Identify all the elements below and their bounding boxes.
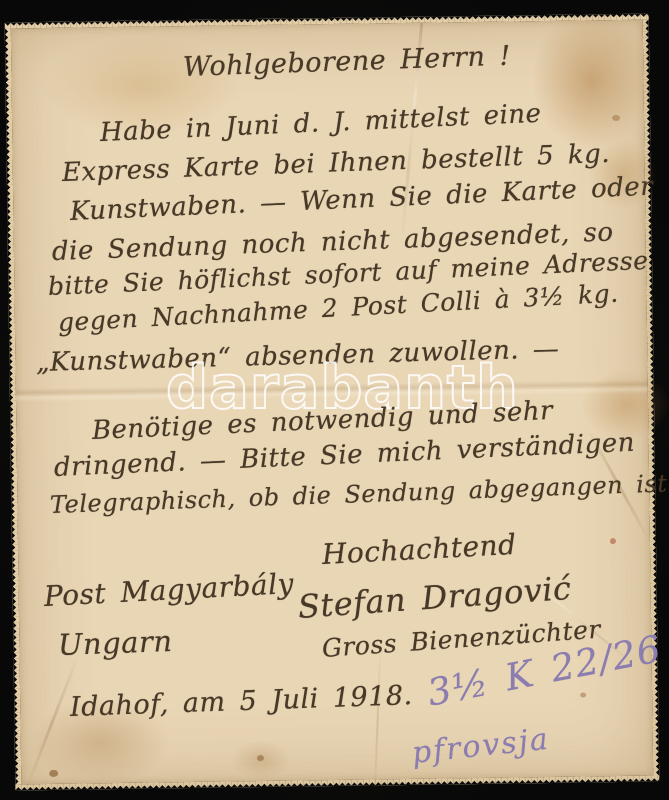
paper-stain xyxy=(531,10,653,152)
perforated-edge-top xyxy=(5,14,649,29)
paper-speck xyxy=(580,692,586,697)
paper-crease xyxy=(373,643,381,800)
photo-background: Wohlgeborene Herrn ! Habe in Juni d. J. … xyxy=(0,0,669,800)
paper-speck xyxy=(49,770,58,777)
paper-speck xyxy=(257,755,264,761)
sender-country: Ungarn xyxy=(57,624,173,662)
paper-speck xyxy=(612,115,620,121)
paper-fold-line xyxy=(16,380,648,403)
perforated-edge-bottom xyxy=(15,775,659,790)
perforated-edge-left xyxy=(5,28,22,784)
paper-speck xyxy=(610,538,616,544)
